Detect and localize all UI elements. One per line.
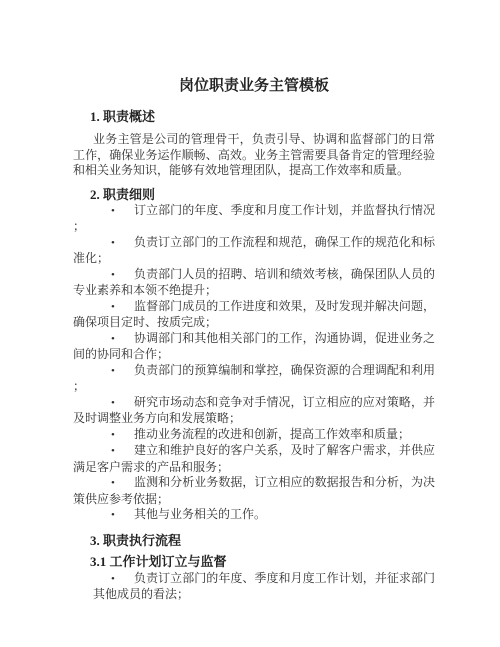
bullet-icon: • [111, 428, 134, 444]
section-heading-process: 3. 职责执行流程 [90, 532, 435, 549]
bullet-icon: • [111, 300, 134, 316]
overview-paragraph: 业务主管是公司的管理骨干，负责引导、协调和监督部门的日常工作，确保业务运作顺畅、… [73, 132, 435, 179]
document-content: 岗位职责业务主管模板 1. 职责概述 业务主管是公司的管理骨干，负责引导、协调和… [73, 0, 435, 603]
list-item: •推动业务流程的改进和创新，提高工作效率和质量； [73, 427, 435, 444]
bullet-icon: • [111, 476, 134, 492]
list-item: •建立和维护良好的客户关系，及时了解客户需求，并供应满足客户需求的产品和服务； [73, 443, 435, 475]
list-item-text: 负责订立部门的年度、季度和月度工作计划，并征求部门其他成员的看法； [93, 571, 435, 602]
list-item: •负责订立部门的年度、季度和月度工作计划，并征求部门其他成员的看法； [73, 571, 435, 603]
bullet-icon: • [111, 236, 134, 252]
bullet-icon: • [111, 364, 134, 380]
list-item-text: 其他与业务相关的工作。 [134, 507, 266, 521]
bullet-icon: • [111, 444, 134, 460]
section-heading-overview: 1. 职责概述 [90, 108, 435, 125]
bullet-icon: • [111, 572, 134, 588]
document-title: 岗位职责业务主管模板 [73, 76, 435, 96]
bullet-icon: • [111, 204, 134, 220]
bullet-icon: • [111, 332, 134, 348]
list-item: •其他与业务相关的工作。 [73, 507, 435, 524]
bullet-icon: • [111, 268, 134, 284]
section-heading-details: 2. 职责细则 [90, 186, 435, 203]
bullet-icon: • [111, 396, 134, 412]
list-item: •负责订立部门的工作流程和规范，确保工作的规范化和标准化； [73, 235, 435, 267]
work-plan-list: •负责订立部门的年度、季度和月度工作计划，并征求部门其他成员的看法； [73, 571, 435, 603]
list-item: •协调部门和其他相关部门的工作，沟通协调，促进业务之间的协同和合作； [73, 331, 435, 363]
list-item: •订立部门的年度、季度和月度工作计划，并监督执行情况； [73, 203, 435, 235]
bullet-icon: • [111, 508, 134, 524]
list-item: •研究市场动态和竞争对手情况，订立相应的应对策略，并及时调整业务方向和发展策略； [73, 395, 435, 427]
list-item: •监督部门成员的工作进度和效果，及时发现并解决问题，确保项目定时、按质完成； [73, 299, 435, 331]
list-item-text: 推动业务流程的改进和创新，提高工作效率和质量； [134, 427, 410, 441]
duties-list: •订立部门的年度、季度和月度工作计划，并监督执行情况； •负责订立部门的工作流程… [73, 203, 435, 524]
list-item: •负责部门人员的招聘、培训和绩效考核，确保团队人员的专业素养和本领不绝提升； [73, 267, 435, 299]
list-item: •负责部门的预算编制和掌控，确保资源的合理调配和利用； [73, 363, 435, 395]
subsection-heading-work-plan: 3.1 工作计划订立与监督 [90, 553, 435, 570]
document-page: 岗位职责业务主管模板 1. 职责概述 业务主管是公司的管理骨干，负责引导、协调和… [0, 0, 500, 647]
list-item: •监测和分析业务数据，订立相应的数据报告和分析，为决策供应参考依据； [73, 475, 435, 507]
